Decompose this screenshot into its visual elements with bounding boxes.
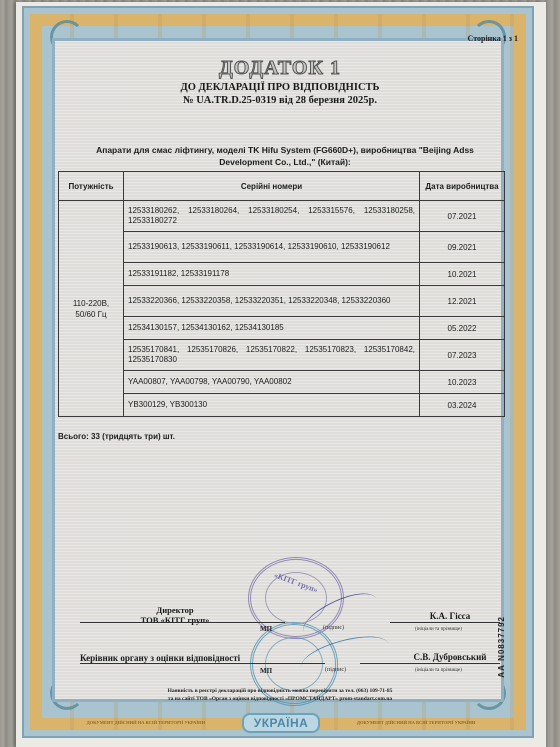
registry-note-line: Наявність в реєстрі декларацій про відпо… (80, 687, 480, 695)
seal-label: МП (260, 625, 272, 633)
serials-cell: 12533190613, 12533190611, 12533190614, 1… (124, 232, 420, 263)
power-cell: 110-220В, 50/60 Гц (59, 201, 124, 417)
name-line (390, 622, 500, 623)
body-head-title: Керівник органу з оцінки відповідності (80, 653, 240, 663)
column-header-date: Дата виробництва (420, 172, 505, 201)
table-row: 12535170841, 12535170826, 12535170822, 1… (59, 340, 505, 371)
serials-cell: 12533220366, 12533220358, 12533220351, 1… (124, 286, 420, 317)
serials-cell: YAA00807, YAA00798, YAA00790, YAA00802 (124, 371, 420, 394)
name-hint: (ініціали та прізвище) (415, 668, 462, 673)
footer-validity-left: ДОКУМЕНТ ДІЙСНИЙ НА ВСІЙ ТЕРИТОРІЇ УКРАЇ… (50, 720, 242, 725)
table-row: 12533220366, 12533220358, 12533220351, 1… (59, 286, 505, 317)
table-row: 12534130157, 12534130162, 12534130185 05… (59, 317, 505, 340)
serials-cell: 12533180262, 12533180264, 12533180254, 1… (124, 201, 420, 232)
serials-cell: 12535170841, 12535170826, 12535170822, 1… (124, 340, 420, 371)
date-cell: 03.2024 (420, 394, 505, 417)
registry-note-line: та на сайті ТОВ «Орган з оцінки відповід… (80, 695, 480, 703)
footer-band: ДОКУМЕНТ ДІЙСНИЙ НА ВСІЙ ТЕРИТОРІЇ УКРАЇ… (50, 717, 512, 728)
column-header-power: Потужність (59, 172, 124, 201)
date-cell: 05.2022 (420, 317, 505, 340)
date-cell: 10.2021 (420, 263, 505, 286)
date-cell: 12.2021 (420, 286, 505, 317)
product-description: Апарати для смас ліфтингу, моделі TK Hif… (80, 144, 490, 168)
document-subtitle: ДО ДЕКЛАРАЦІЇ ПРО ВІДПОВІДНІСТЬ (0, 82, 560, 93)
date-cell: 09.2021 (420, 232, 505, 263)
date-cell: 07.2023 (420, 340, 505, 371)
director-position: Директор (110, 605, 240, 615)
director-name: К.А. Гісса (400, 611, 500, 621)
table-header-row: Потужність Серійні номери Дата виробницт… (59, 172, 505, 201)
seal-label: МП (260, 667, 272, 675)
date-cell: 10.2023 (420, 371, 505, 394)
table-row: 12533190613, 12533190611, 12533190614, 1… (59, 232, 505, 263)
total-count: Всього: 33 (тридцять три) шт. (58, 432, 175, 441)
date-cell: 07.2021 (420, 201, 505, 232)
serials-cell: 12534130157, 12534130162, 12534130185 (124, 317, 420, 340)
serial-numbers-table: Потужність Серійні номери Дата виробницт… (58, 171, 505, 417)
page-number: Сторінка 1 з 1 (468, 34, 518, 43)
document-title: ДОДАТОК 1 (0, 57, 560, 80)
table-row: 110-220В, 50/60 Гц 12533180262, 12533180… (59, 201, 505, 232)
serials-cell: YB300129, YB300130 (124, 394, 420, 417)
ukraine-emblem: УКРАЇНА (242, 713, 321, 733)
signature-line (80, 663, 325, 664)
registry-note: Наявність в реєстрі декларацій про відпо… (80, 687, 480, 703)
form-serial-number: АА N0837792 (497, 616, 507, 678)
name-line (360, 663, 500, 664)
signature-line (80, 622, 285, 623)
sign-hint: (підпис) (323, 625, 344, 631)
table-row: YB300129, YB300130 03.2024 (59, 394, 505, 417)
table-row: 12533191182, 12533191178 10.2021 (59, 263, 505, 286)
director-company: ТОВ «КІТГ груп» (110, 615, 240, 625)
column-header-serials: Серійні номери (124, 172, 420, 201)
sign-hint: (підпис) (325, 667, 346, 673)
footer-validity-right: ДОКУМЕНТ ДІЙСНИЙ НА ВСІЙ ТЕРИТОРІЇ УКРАЇ… (320, 720, 512, 725)
declaration-number: № UA.TR.D.25-0319 від 28 березня 2025р. (0, 95, 560, 106)
table-row: YAA00807, YAA00798, YAA00790, YAA00802 1… (59, 371, 505, 394)
body-head-name: С.В. Дубровський (400, 652, 500, 662)
serials-cell: 12533191182, 12533191178 (124, 263, 420, 286)
name-hint: (ініціали та прізвище) (415, 627, 462, 632)
